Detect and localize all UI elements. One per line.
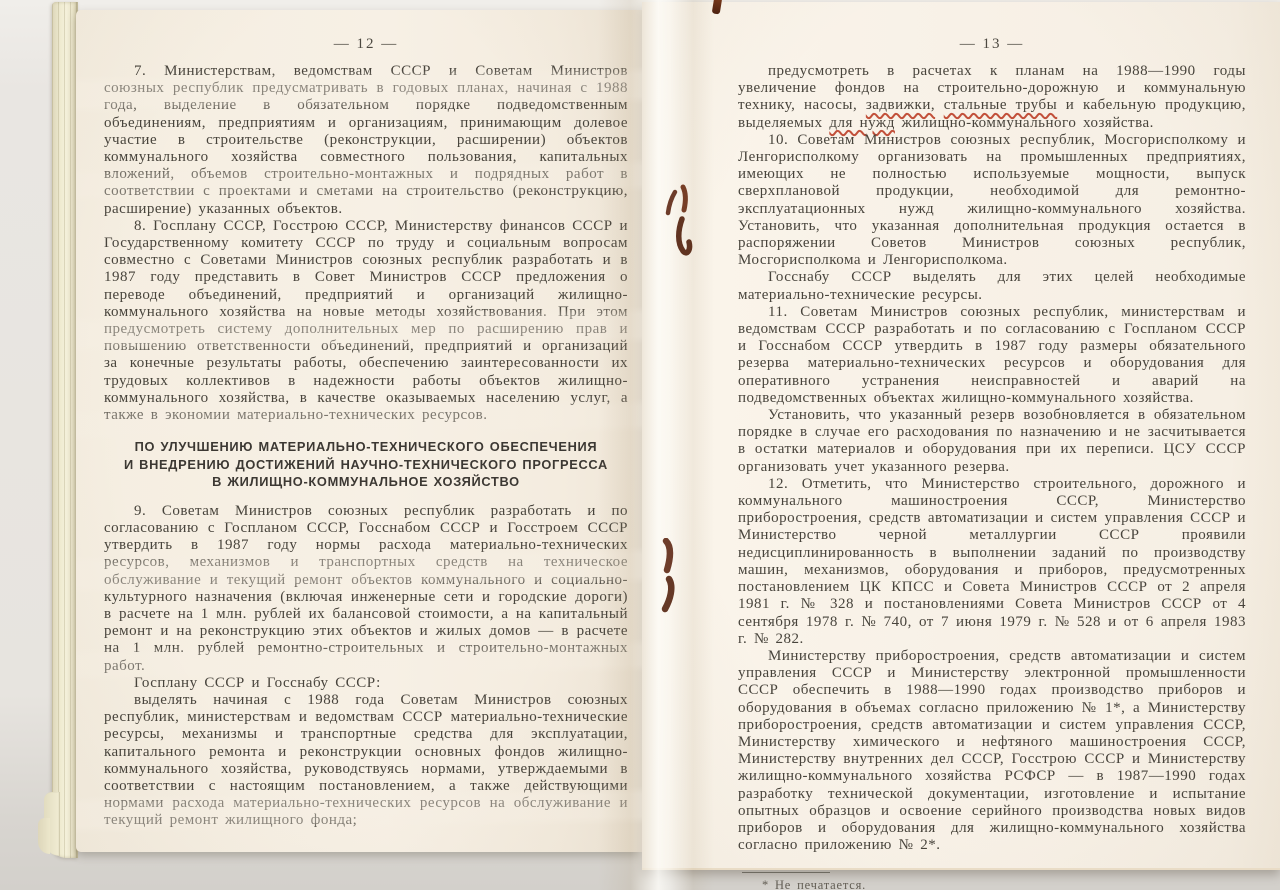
paragraph: 11. Советам Министров союзных республик,… <box>738 304 1246 407</box>
paragraph: выделять начиная с 1988 года Советам Мин… <box>104 692 628 830</box>
paragraph: 9. Советам Министров союзных республик р… <box>104 503 628 675</box>
paragraph: 8. Госплану СССР, Госстрою СССР, Министе… <box>104 218 628 424</box>
paragraph: Министерству приборостроения, средств ав… <box>738 648 1246 854</box>
paragraph: 12. Отметить, что Министерство строитель… <box>738 476 1246 648</box>
footnote: * Не печатается. <box>738 878 1246 890</box>
paragraph: Госснабу СССР выделять для этих целей не… <box>738 269 1246 303</box>
left-page: — 12 — 7. Министерствам, ведомствам СССР… <box>76 10 642 852</box>
red-pencil-underline: задвижки, <box>866 97 935 113</box>
page-edge-stack <box>52 2 78 858</box>
rust-staple-bottom <box>656 538 686 618</box>
paragraph: предусмотреть в расчетах к планам на 198… <box>738 63 1246 132</box>
book-scan: — 12 — 7. Министерствам, ведомствам СССР… <box>0 0 1280 890</box>
red-pencil-underline: стальные трубы <box>944 97 1057 113</box>
paragraph: Установить, что указанный резерв возобно… <box>738 407 1246 476</box>
page-text: 7. Министерствам, ведомствам СССР и Сове… <box>104 63 628 830</box>
right-page: — 13 — предусмотреть в расчетах к планам… <box>642 2 1280 870</box>
page-edge-fan <box>38 818 50 854</box>
section-heading: ПО УЛУЧШЕНИЮ МАТЕРИАЛЬНО-ТЕХНИЧЕСКОГО ОБ… <box>104 438 628 491</box>
red-pencil-underline: для нужд <box>829 115 895 131</box>
footnote-rule <box>742 872 830 873</box>
paragraph: 10. Советам Министров союзных республик,… <box>738 132 1246 270</box>
page-number-right: — 13 — <box>738 36 1246 53</box>
page-number-left: — 12 — <box>104 36 628 53</box>
page-text: предусмотреть в расчетах к планам на 198… <box>738 63 1246 854</box>
paragraph: Госплану СССР и Госснабу СССР: <box>104 675 628 692</box>
paragraph: 7. Министерствам, ведомствам СССР и Сове… <box>104 63 628 218</box>
rust-staple-top <box>660 183 694 261</box>
